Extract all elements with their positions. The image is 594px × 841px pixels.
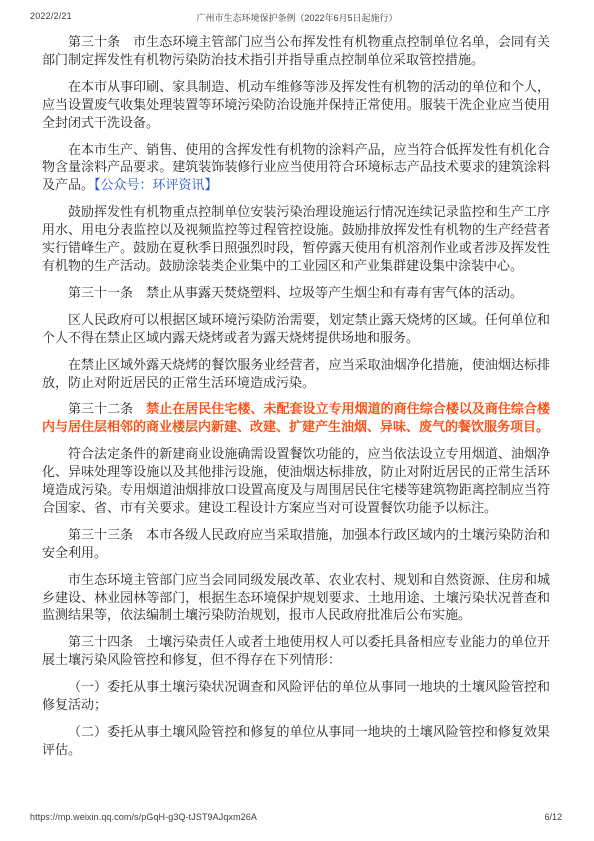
article-paragraph-14: （二）委托从事土壤风险管控和修复的单位从事同一地块的土壤风险管控和修复效果评估。 [42,723,550,759]
article-body: 第三十条 市生态环境主管部门应当公布挥发性有机物重点控制单位名单，会同有关部门制… [42,33,550,768]
text-segment: 第三十四条 土壤污染责任人或者土地使用权人可以委托具备相应专业能力的单位开展土壤… [42,634,550,667]
document-title: 广州市生态环境保护条例（2022年6月5日起施行） [0,11,594,24]
text-segment: 在禁止区域外露天烧烤的餐饮服务业经营者，应当采取油烟净化措施，使油烟达标排放，防… [42,357,550,390]
text-segment: （一）委托从事土壤污染状况调查和风险评估的单位从事同一地块的土壤风险管控和修复活… [42,679,550,712]
article-paragraph-10: 第三十三条 本市各级人民政府应当采取措施，加强本行政区域内的土壤污染防治和安全利… [42,526,550,562]
article-paragraph-5: 第三十一条 禁止从事露天焚烧塑料、垃圾等产生烟尘和有毒有害气体的活动。 [42,284,550,302]
source-url: https://mp.weixin.qq.com/s/pGqH-g3Q-tJST… [30,812,257,822]
text-segment: 在本市从事印刷、家具制造、机动车维修等涉及挥发性有机物的活动的单位和个人，应当设… [42,79,550,130]
article-paragraph-3: 在本市生产、销售、使用的含挥发性有机物的涂料产品，应当符合低挥发性有机化合物含量… [42,141,550,195]
article-paragraph-7: 在禁止区域外露天烧烤的餐饮服务业经营者，应当采取油烟净化措施，使油烟达标排放，防… [42,356,550,392]
article-paragraph-12: 第三十四条 土壤污染责任人或者土地使用权人可以委托具备相应专业能力的单位开展土壤… [42,633,550,669]
text-segment: 区人民政府可以根据区域环境污染防治需要，划定禁止露天烧烤的区域。任何单位和个人不… [42,312,550,345]
article-paragraph-4: 鼓励挥发性有机物重点控制单位安装污染治理设施运行情况连续记录监控和生产工序用水、… [42,203,550,275]
text-segment: （二）委托从事土壤风险管控和修复的单位从事同一地块的土壤风险管控和修复效果评估。 [42,724,550,757]
document-page: 2022/2/21 广州市生态环境保护条例（2022年6月5日起施行） 第三十条… [0,0,594,841]
article-paragraph-11: 市生态环境主管部门应当会同同级发展改革、农业农村、规划和自然资源、住房和城乡建设… [42,571,550,625]
text-segment: 符合法定条件的新建商业设施确需设置餐饮功能的，应当依法设立专用烟道、油烟净化、异… [42,446,550,515]
page-number: 6/12 [544,812,562,822]
text-segment: 鼓励挥发性有机物重点控制单位安装污染治理设施运行情况连续记录监控和生产工序用水、… [42,204,550,273]
article-paragraph-1: 第三十条 市生态环境主管部门应当公布挥发性有机物重点控制单位名单，会同有关部门制… [42,33,550,69]
text-segment: 市生态环境主管部门应当会同同级发展改革、农业农村、规划和自然资源、住房和城乡建设… [42,572,550,623]
article-paragraph-13: （一）委托从事土壤污染状况调查和风险评估的单位从事同一地块的土壤风险管控和修复活… [42,678,550,714]
article-paragraph-9: 符合法定条件的新建商业设施确需设置餐饮功能的，应当依法设立专用烟道、油烟净化、异… [42,445,550,517]
text-segment-blue: 【公众号：环评资讯】 [94,177,218,192]
text-segment: 第三十三条 本市各级人民政府应当采取措施，加强本行政区域内的土壤污染防治和安全利… [42,527,550,560]
print-footer: https://mp.weixin.qq.com/s/pGqH-g3Q-tJST… [0,812,594,824]
article-paragraph-8: 第三十二条 禁止在居民住宅楼、未配套设立专用烟道的商住综合楼以及商住综合楼内与居… [42,400,550,436]
text-segment: 第三十条 市生态环境主管部门应当公布挥发性有机物重点控制单位名单，会同有关部门制… [42,34,550,67]
text-segment: 第三十一条 禁止从事露天焚烧塑料、垃圾等产生烟尘和有毒有害气体的活动。 [68,285,523,300]
text-segment: 第三十二条 [68,401,146,416]
article-paragraph-2: 在本市从事印刷、家具制造、机动车维修等涉及挥发性有机物的活动的单位和个人，应当设… [42,78,550,132]
article-paragraph-6: 区人民政府可以根据区域环境污染防治需要，划定禁止露天烧烤的区域。任何单位和个人不… [42,311,550,347]
print-header: 2022/2/21 广州市生态环境保护条例（2022年6月5日起施行） [0,11,594,25]
